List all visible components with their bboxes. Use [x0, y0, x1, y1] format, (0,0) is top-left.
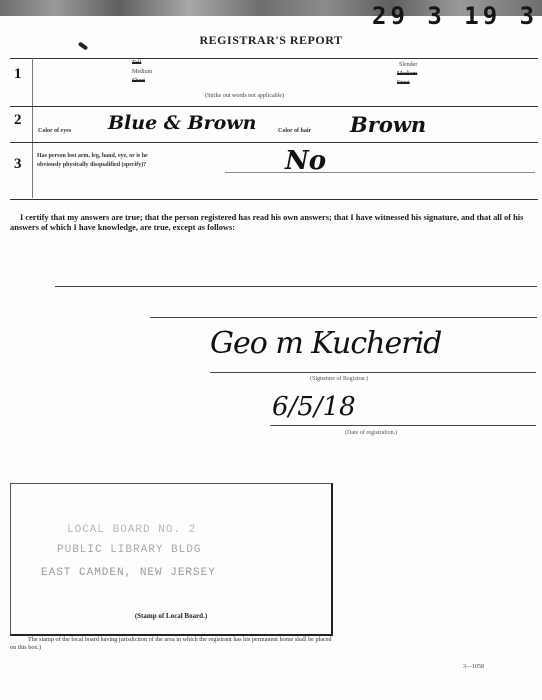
build-option-medium-right: Medium	[397, 71, 417, 77]
eye-color-value: Blue & Brown	[108, 112, 256, 134]
build-option-slender: Slender	[399, 62, 417, 68]
row-number-2: 2	[14, 112, 22, 129]
eye-color-label: Color of eyes	[38, 128, 71, 134]
row-number-divider	[32, 58, 33, 198]
row-divider	[10, 58, 538, 59]
strike-instruction: (Strike out words not applicable)	[205, 93, 284, 99]
signature-caption: (Signature of Registrar.)	[310, 376, 368, 382]
disability-question-line1: Has person lost arm, leg, hand, eye, or …	[37, 153, 148, 159]
registrar-signature: Geo m Kucherid	[210, 326, 441, 361]
build-option-short: Short	[132, 78, 145, 84]
signature-line	[210, 372, 536, 373]
registration-date: 6/5/18	[272, 392, 356, 422]
row-number-1: 1	[14, 66, 22, 83]
build-option-tall: Tall	[132, 60, 141, 66]
stamp-line-2: PUBLIC LIBRARY BLDG	[11, 544, 377, 556]
hair-color-label: Color of hair	[278, 128, 311, 134]
stamp-caption: (Stamp of Local Board.)	[11, 612, 331, 620]
stamp-footnote: The stamp of the local board having juri…	[10, 636, 332, 652]
date-line	[270, 425, 536, 426]
stamp-line-3: EAST CAMDEN, NEW JERSEY	[11, 567, 361, 579]
page-title: REGISTRAR'S REPORT	[0, 33, 542, 48]
exceptions-line	[150, 317, 537, 318]
stamp-line-1: LOCAL BOARD NO. 2	[11, 524, 387, 536]
build-option-medium: Medium	[132, 69, 152, 75]
section-divider	[10, 199, 538, 200]
hair-color-value: Brown	[350, 112, 426, 137]
certification-text: I certify that my answers are true; that…	[10, 213, 535, 233]
form-number: 3—1058	[463, 664, 484, 670]
disability-question-line2: obviously physically disqualified (speci…	[37, 162, 146, 168]
build-option-stout: Stout	[397, 80, 410, 86]
row-number-3: 3	[14, 156, 22, 173]
answer-line	[225, 172, 535, 173]
serial-number: 29 3 19 3	[372, 2, 538, 30]
row-divider	[10, 106, 538, 107]
exceptions-line	[55, 286, 537, 287]
date-caption: (Date of registration.)	[345, 430, 397, 436]
local-board-stamp-box: LOCAL BOARD NO. 2 PUBLIC LIBRARY BLDG EA…	[10, 483, 333, 636]
row-divider	[10, 142, 538, 143]
